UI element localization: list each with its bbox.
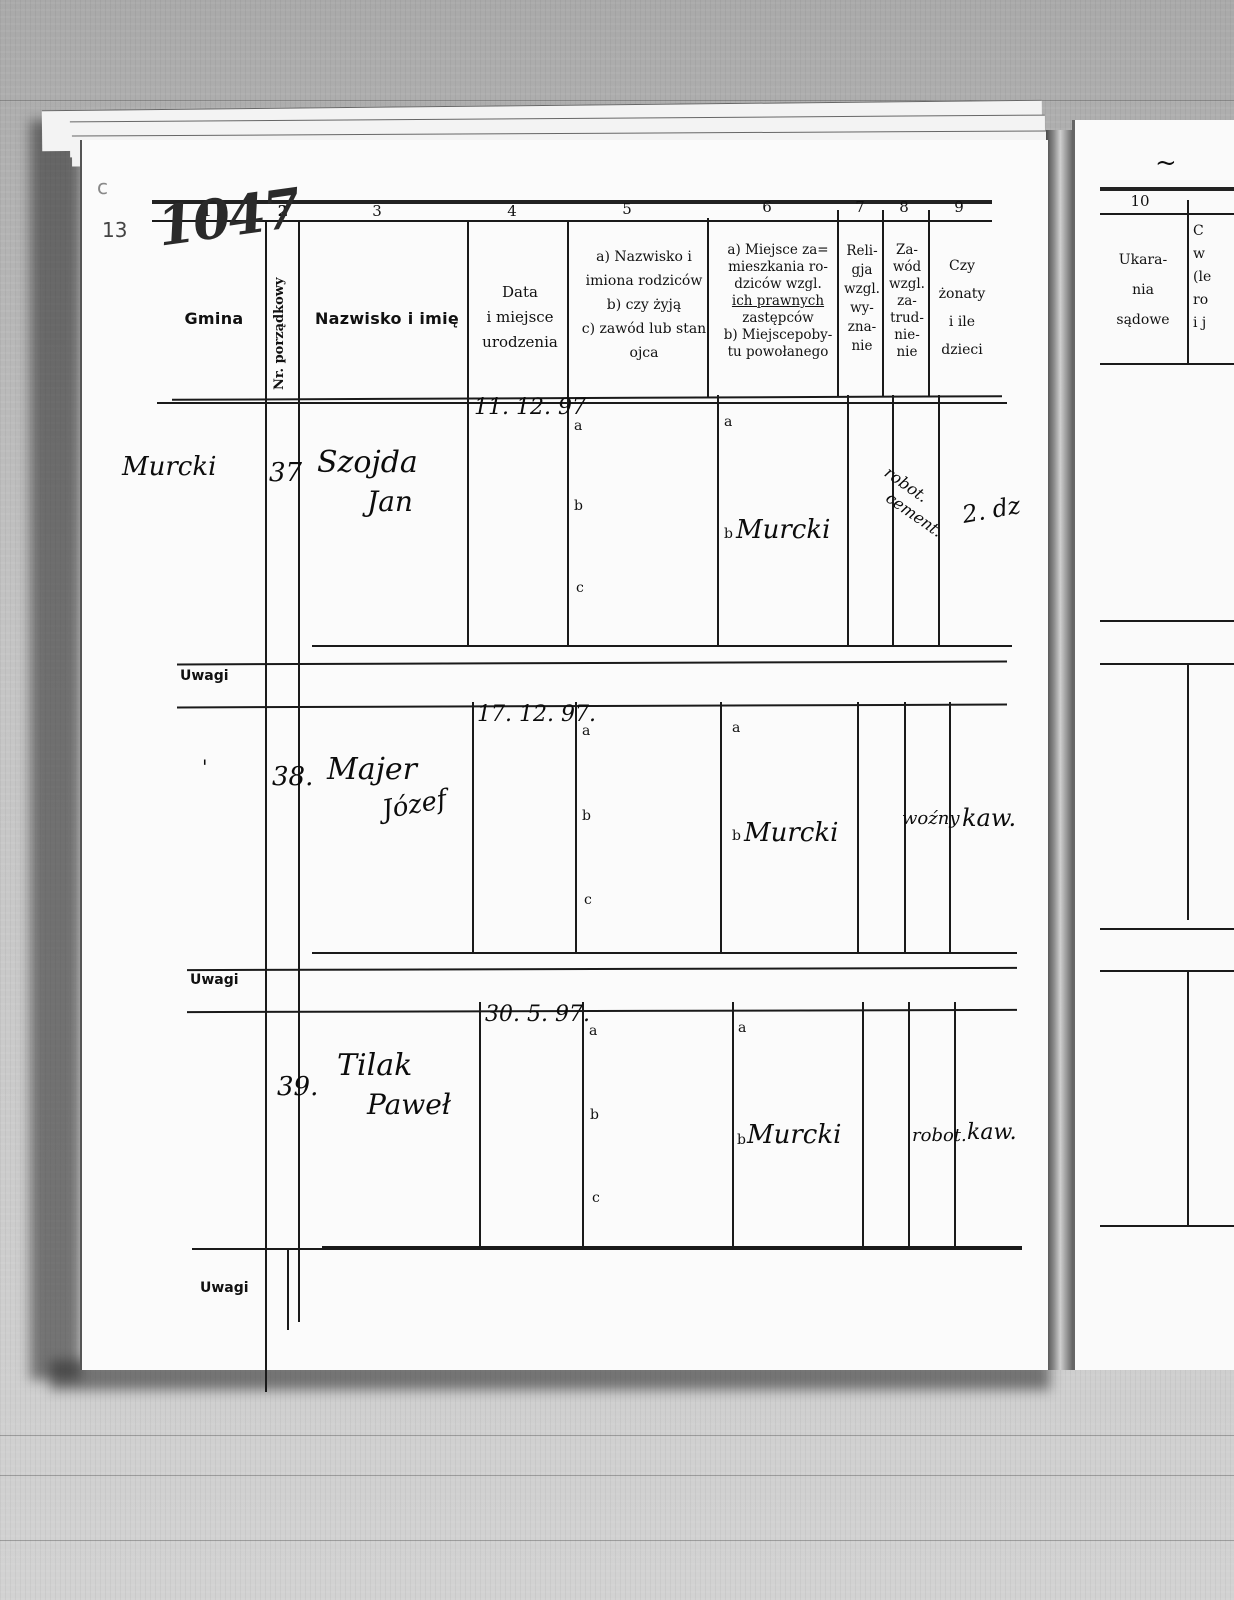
- sub-label-c: c: [584, 892, 592, 908]
- header-line: Ukara-: [1100, 245, 1186, 275]
- entry-given-name: Józef: [380, 785, 449, 826]
- header-zawod: Za- wód wzgl. za- trud- nie- nie: [884, 242, 930, 361]
- header-line: urodzenia: [470, 330, 570, 355]
- header-gmina: Gmina: [164, 310, 264, 327]
- header-ukarania: Ukara- nia sądowe: [1100, 245, 1186, 335]
- header-data-urodzenia: Data i miejsce urodzenia: [470, 280, 570, 355]
- header-line: w: [1193, 243, 1223, 266]
- header-line: nie: [840, 337, 884, 356]
- header-zonaty: Czy żonaty i ile dzieci: [930, 252, 994, 364]
- header-line: a) Nazwisko i: [570, 245, 718, 269]
- rule: [720, 702, 722, 952]
- header-line: Czy: [930, 252, 994, 280]
- header-rodzice: a) Nazwisko i imiona rodziców b) czy żyj…: [570, 245, 718, 365]
- entry-nr: 38.: [272, 762, 313, 792]
- entry-gmina: ': [202, 755, 208, 779]
- rule: [479, 1002, 481, 1247]
- header-line: trud-: [884, 310, 930, 327]
- header-line: wzgl.: [884, 276, 930, 293]
- entry-parents-residence: Murcki: [736, 515, 830, 545]
- entry-nr: 39.: [277, 1072, 318, 1102]
- header-line: b) czy żyją: [570, 293, 718, 317]
- header-line: ro: [1193, 289, 1223, 312]
- uwagi-label: Uwagi: [200, 1280, 249, 1296]
- header-line: a) Miejsce za=: [714, 242, 842, 259]
- column-number-10: 10: [1100, 192, 1180, 210]
- header-line: ich prawnych: [714, 293, 842, 310]
- rule: [567, 395, 569, 645]
- header-partial-next: C w (le ro i j: [1193, 220, 1223, 335]
- facing-page: ~ 10 Ukara- nia sądowe C w (le ro i j: [1072, 120, 1234, 1370]
- sub-label-b: b: [574, 498, 583, 514]
- header-line: tu powołanego: [714, 344, 842, 361]
- header-line: mieszkania ro-: [714, 259, 842, 276]
- background-line: [0, 1435, 1234, 1436]
- column-number-8: 8: [894, 198, 914, 216]
- column-number-7: 7: [850, 198, 870, 216]
- rule: [472, 702, 474, 952]
- sub-label-a: a: [738, 1020, 746, 1036]
- background-line: [0, 100, 1234, 101]
- rule: [1100, 620, 1234, 622]
- header-line: i miejsce: [470, 305, 570, 330]
- header-line: nia: [1100, 275, 1186, 305]
- rule: [187, 1009, 1017, 1013]
- sub-label-a: a: [582, 723, 590, 739]
- header-line: dziców wzgl.: [714, 276, 842, 293]
- rule: [1100, 663, 1234, 665]
- rule: [1100, 213, 1234, 215]
- stamp-number: 1047: [153, 175, 303, 258]
- rule: [1187, 665, 1189, 920]
- entry-occupation: robot.: [912, 1125, 967, 1146]
- rule: [928, 210, 930, 397]
- column-number-6: 6: [742, 198, 792, 216]
- rule: [1100, 970, 1234, 972]
- entry-married-children: 2. dz: [960, 491, 1023, 529]
- sub-label-b: b: [724, 526, 733, 542]
- sub-label-c: c: [576, 580, 584, 596]
- header-line: zna-: [840, 318, 884, 337]
- header-line: i ile: [930, 308, 994, 336]
- rule: [467, 222, 469, 397]
- pencil-mark: 13: [102, 218, 127, 242]
- header-nazwisko-i-imie: Nazwisko i imię: [302, 310, 472, 327]
- sub-label-c: c: [592, 1190, 600, 1206]
- rule: [582, 1002, 584, 1247]
- rule: [1100, 363, 1234, 365]
- rule: [847, 395, 849, 645]
- rule: [467, 395, 469, 645]
- rule: [1100, 928, 1234, 930]
- header-line: wód: [884, 259, 930, 276]
- entry-birth-date: 11. 12. 97: [474, 395, 586, 420]
- rule: [575, 702, 577, 952]
- entry-birth-date: 30. 5. 97.: [485, 1002, 590, 1027]
- entry-surname: Szojda: [317, 445, 418, 480]
- column-number-4: 4: [487, 202, 537, 220]
- header-religja: Reli- gja wzgl. wy- zna- nie: [840, 242, 884, 356]
- rule: [837, 210, 839, 397]
- rule: [1100, 1225, 1234, 1227]
- header-line: gja: [840, 261, 884, 280]
- sub-label-a: a: [724, 414, 732, 430]
- header-line: ojca: [570, 341, 718, 365]
- entry-parents-residence: Murcki: [747, 1120, 841, 1150]
- header-line: i j: [1193, 312, 1223, 335]
- rule: [707, 218, 709, 397]
- entry-surname: Tilak: [337, 1048, 412, 1083]
- entry-birth-date: 17. 12. 97.: [477, 702, 596, 727]
- entry-given-name: Jan: [367, 485, 413, 518]
- rule: [312, 952, 1017, 954]
- rule: [187, 967, 1017, 971]
- entry-married-children: kaw.: [967, 1120, 1017, 1145]
- rule: [892, 395, 894, 645]
- sub-label-a: a: [732, 720, 740, 736]
- rule: [1100, 187, 1234, 191]
- rule: [567, 222, 569, 397]
- header-line: C: [1193, 220, 1223, 243]
- header-line: wy-: [840, 299, 884, 318]
- entry-nr: 37: [269, 458, 302, 488]
- margin-mark: c: [97, 175, 108, 199]
- facing-page-scribble: ~: [1155, 148, 1177, 178]
- rule: [312, 645, 1012, 647]
- rule: [857, 702, 859, 952]
- header-line: dzieci: [930, 336, 994, 364]
- header-line: nie-: [884, 327, 930, 344]
- rule: [1187, 200, 1189, 365]
- header-line: Reli-: [840, 242, 884, 261]
- header-nr-porzadkowy: Nr. porządkowy: [272, 277, 287, 390]
- header-line: b) Miejscepoby-: [714, 327, 842, 344]
- page-shadow: [30, 120, 80, 1380]
- rule: [265, 222, 267, 1392]
- rule: [1187, 972, 1189, 1227]
- rule: [882, 210, 884, 397]
- sub-label-a: a: [589, 1023, 597, 1039]
- header-line: (le: [1193, 266, 1223, 289]
- column-number-5: 5: [602, 200, 652, 218]
- header-line: zastępców: [714, 310, 842, 327]
- rule: [908, 1002, 910, 1247]
- entry-gmina: Murcki: [122, 452, 216, 482]
- entry-parents-residence: Murcki: [744, 818, 838, 848]
- header-line: sądowe: [1100, 305, 1186, 335]
- sub-label-b: b: [582, 808, 591, 824]
- register-page: c 13 1 2 3 4 5 6 7 8 9 Gmina Nr. porządk…: [80, 140, 1048, 1370]
- header-line: nie: [884, 344, 930, 361]
- rule: [177, 661, 1007, 666]
- rule: [287, 1250, 289, 1330]
- rule: [717, 395, 719, 645]
- header-line: za-: [884, 293, 930, 310]
- rule: [192, 1248, 1022, 1250]
- header-line: żonaty: [930, 280, 994, 308]
- sub-label-b: b: [590, 1107, 599, 1123]
- column-number-3: 3: [352, 202, 402, 220]
- book-spine: [1046, 130, 1072, 1370]
- entry-given-name: Paweł: [367, 1088, 451, 1121]
- entry-married-children: kaw.: [962, 804, 1016, 832]
- entry-surname: Majer: [327, 752, 417, 787]
- sub-label-b: b: [732, 828, 741, 844]
- rule: [862, 1002, 864, 1247]
- header-line: c) zawód lub stan: [570, 317, 718, 341]
- uwagi-label: Uwagi: [180, 668, 229, 684]
- entry-occupation: woźny: [902, 808, 960, 829]
- background-line: [0, 1540, 1234, 1541]
- column-number-9: 9: [944, 198, 974, 216]
- uwagi-label: Uwagi: [190, 972, 239, 988]
- rule: [172, 395, 1002, 401]
- sub-label-a: a: [574, 418, 582, 434]
- header-line: Data: [470, 280, 570, 305]
- header-miejsce-zamieszkania: a) Miejsce za= mieszkania ro- dziców wzg…: [714, 242, 842, 361]
- header-line: wzgl.: [840, 280, 884, 299]
- sub-label-b: b: [737, 1132, 746, 1148]
- header-line: imiona rodziców: [570, 269, 718, 293]
- header-line: Za-: [884, 242, 930, 259]
- rule: [732, 1002, 734, 1247]
- background-line: [0, 1475, 1234, 1476]
